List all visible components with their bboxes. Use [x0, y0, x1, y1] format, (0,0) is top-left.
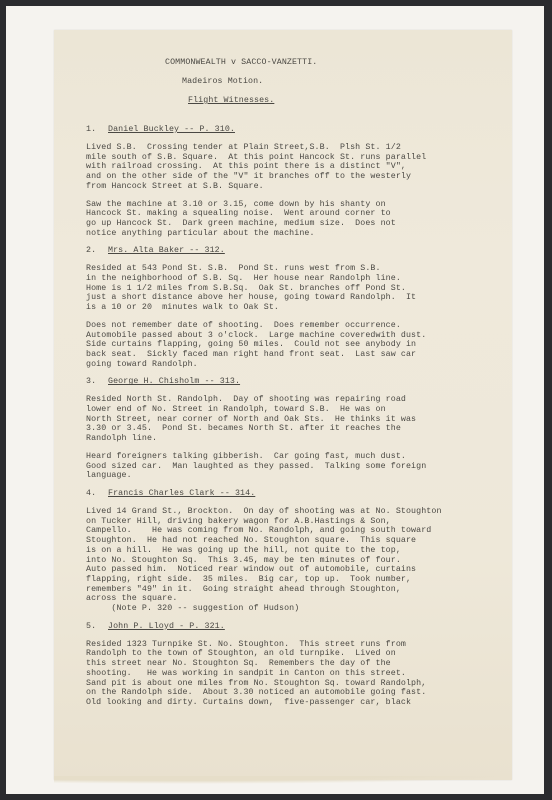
witness-list: 1.Daniel Buckley -- P. 310.Lived S.B. Cr…	[86, 125, 506, 708]
document-title: COMMONWEALTH v SACCO-VANZETTI.	[86, 58, 506, 77]
witness-name: George H. Chisholm -- 313.	[108, 377, 240, 386]
witness-name: Francis Charles Clark -- 314.	[108, 489, 255, 498]
document-subtitle: Madeiros Motion.	[86, 77, 506, 96]
witness-number: 5.	[86, 622, 108, 632]
testimony-paragraph: Resided 1323 Turnpike St. No. Stoughton.…	[86, 640, 506, 708]
witness-section: 2.Mrs. Alta Baker -- 312.Resided at 543 …	[86, 246, 506, 369]
witness-section: 5.John P. Lloyd - P. 321.Resided 1323 Tu…	[86, 622, 506, 708]
testimony-paragraph: Resided North St. Randolph. Day of shoot…	[86, 395, 506, 444]
witness-number: 3.	[86, 377, 108, 387]
witness-heading: 2.Mrs. Alta Baker -- 312.	[86, 246, 506, 256]
testimony-paragraph: Heard foreigners talking gibberish. Car …	[86, 452, 506, 481]
testimony-paragraph: Does not remember date of shooting. Does…	[86, 321, 506, 370]
testimony-paragraph: Lived S.B. Crossing tender at Plain Stre…	[86, 143, 506, 192]
section-heading: Flight Witnesses.	[86, 96, 506, 125]
witness-number: 4.	[86, 489, 108, 499]
witness-section: 1.Daniel Buckley -- P. 310.Lived S.B. Cr…	[86, 125, 506, 238]
witness-name: Mrs. Alta Baker -- 312.	[108, 246, 225, 255]
document-body: COMMONWEALTH v SACCO-VANZETTI. Madeiros …	[86, 58, 506, 716]
witness-section: 3.George H. Chisholm -- 313.Resided Nort…	[86, 377, 506, 481]
testimony-paragraph: Lived 14 Grand St., Brockton. On day of …	[86, 507, 506, 604]
witness-heading: 1.Daniel Buckley -- P. 310.	[86, 125, 506, 135]
witness-name: John P. Lloyd - P. 321.	[108, 622, 225, 631]
witness-heading: 3.George H. Chisholm -- 313.	[86, 377, 506, 387]
witness-heading: 5.John P. Lloyd - P. 321.	[86, 622, 506, 632]
witness-section: 4.Francis Charles Clark -- 314.Lived 14 …	[86, 489, 506, 614]
testimony-paragraph: Resided at 543 Pond St. S.B. Pond St. ru…	[86, 264, 506, 313]
witness-number: 1.	[86, 125, 108, 135]
witness-number: 2.	[86, 246, 108, 256]
witness-heading: 4.Francis Charles Clark -- 314.	[86, 489, 506, 499]
testimony-paragraph: Saw the machine at 3.10 or 3.15, come do…	[86, 200, 506, 239]
witness-note: (Note P. 320 -- suggestion of Hudson)	[86, 604, 506, 614]
witness-name: Daniel Buckley -- P. 310.	[108, 125, 235, 134]
